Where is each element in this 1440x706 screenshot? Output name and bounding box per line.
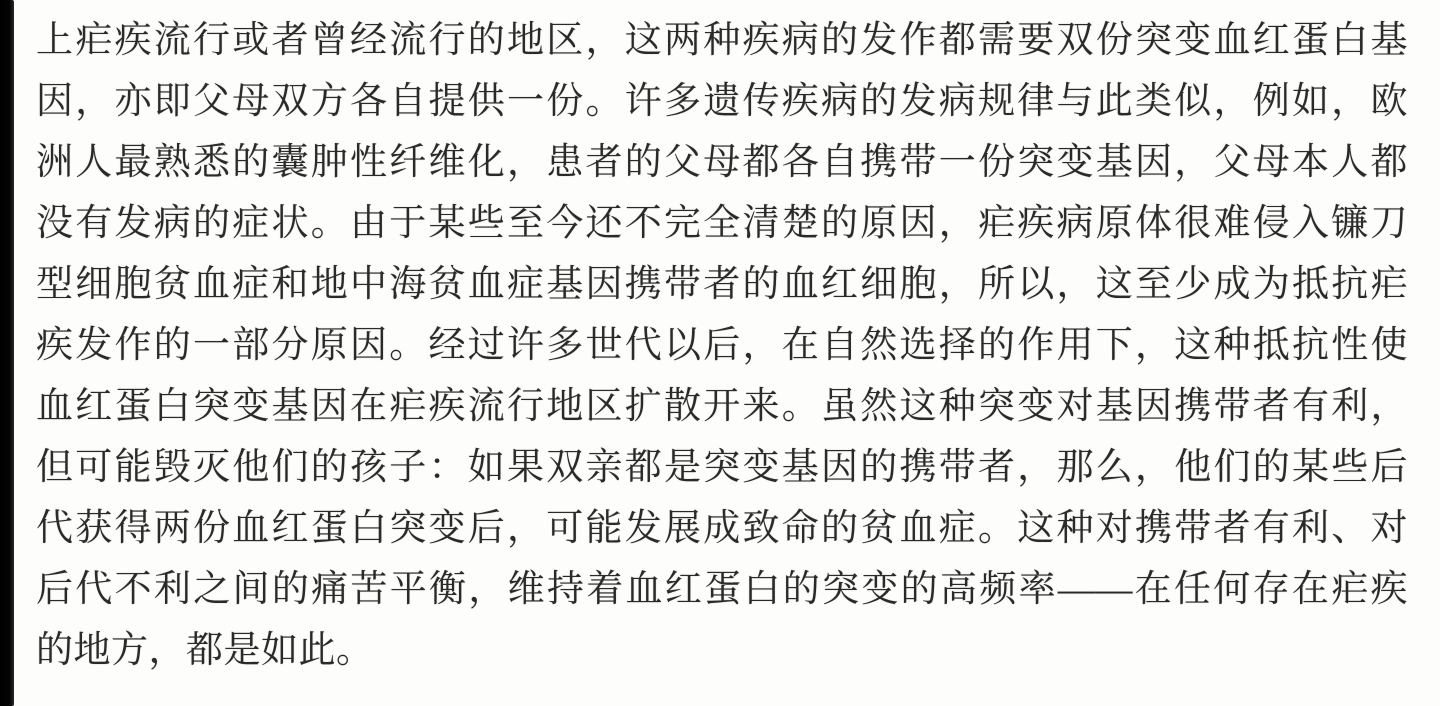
text-line: 但可能毁灭他们的孩子：如果双亲都是突变基因的携带者，那么，他们的某些后 bbox=[36, 437, 1408, 498]
text-line: 后代不利之间的痛苦平衡，维持着血红蛋白的突变的高频率——在任何存在疟疾 bbox=[36, 559, 1408, 620]
page-paragraph: 上疟疾流行或者曾经流行的地区，这两种疾病的发作都需要双份突变血红蛋白基 因，亦即… bbox=[36, 10, 1408, 681]
text-line: 疾发作的一部分原因。经过许多世代以后，在自然选择的作用下，这种抵抗性使 bbox=[36, 315, 1408, 376]
scan-edge-artifact bbox=[0, 0, 14, 706]
text-line: 型细胞贫血症和地中海贫血症基因携带者的血红细胞，所以，这至少成为抵抗疟 bbox=[36, 254, 1408, 315]
text-line: 洲人最熟悉的囊肿性纤维化，患者的父母都各自携带一份突变基因，父母本人都 bbox=[36, 132, 1408, 193]
text-line: 没有发病的症状。由于某些至今还不完全清楚的原因，疟疾病原体很难侵入镰刀 bbox=[36, 193, 1408, 254]
text-line: 上疟疾流行或者曾经流行的地区，这两种疾病的发作都需要双份突变血红蛋白基 bbox=[36, 10, 1408, 71]
text-line: 代获得两份血红蛋白突变后，可能发展成致命的贫血症。这种对携带者有利、对 bbox=[36, 498, 1408, 559]
text-line: 的地方，都是如此。 bbox=[36, 620, 1408, 681]
text-line: 血红蛋白突变基因在疟疾流行地区扩散开来。虽然这种突变对基因携带者有利， bbox=[36, 376, 1408, 437]
text-line: 因，亦即父母双方各自提供一份。许多遗传疾病的发病规律与此类似，例如，欧 bbox=[36, 71, 1408, 132]
